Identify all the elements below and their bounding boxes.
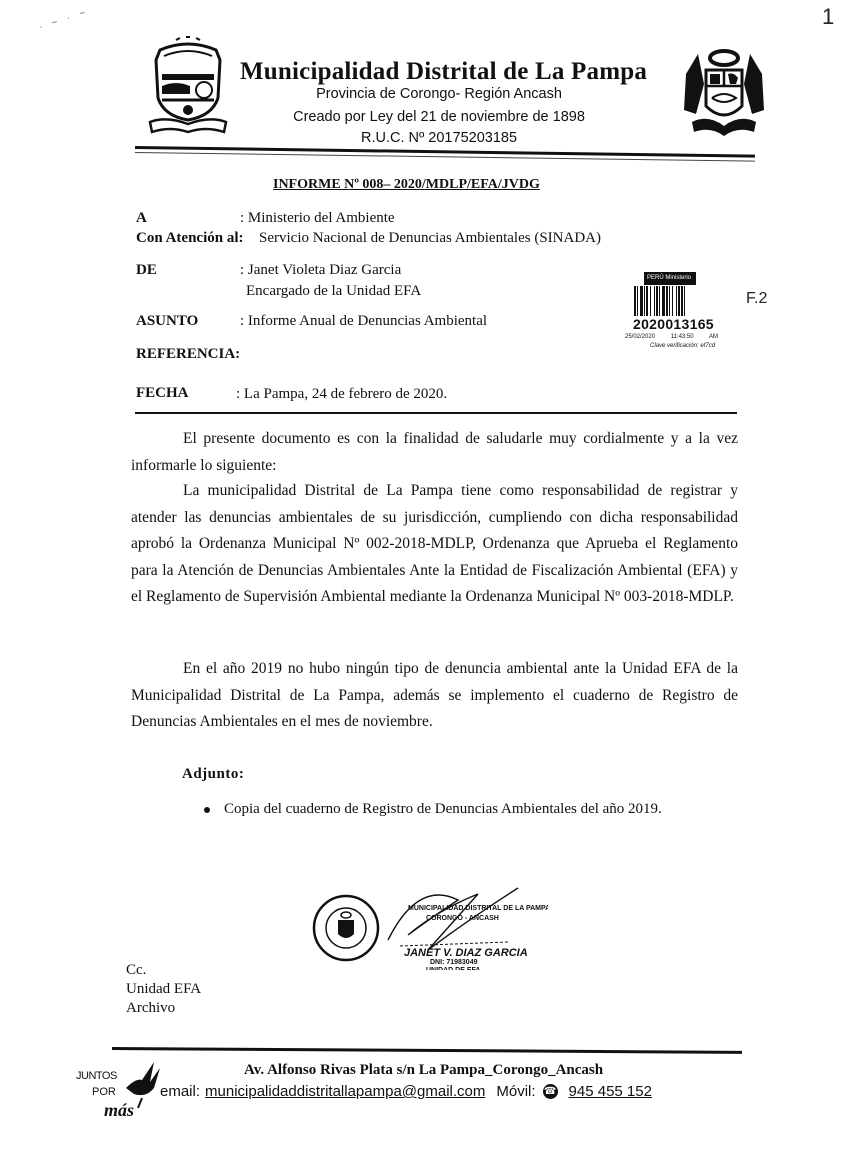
slogan-line: POR bbox=[92, 1086, 116, 1098]
copies-label: Cc. bbox=[126, 961, 201, 980]
peru-coat-of-arms-icon bbox=[678, 44, 770, 140]
field-fecha-value: : La Pampa, 24 de febrero de 2020. bbox=[236, 386, 447, 403]
province-line: Provincia de Corongo- Región Ancash bbox=[259, 86, 619, 102]
reception-barcode-sticker: PERÚ Ministerio del Ambiente 2020013165 … bbox=[622, 272, 732, 362]
copy-recipient: Archivo bbox=[126, 999, 201, 1018]
ruc-line: R.U.C. Nº 20175203185 bbox=[259, 130, 619, 146]
signature-stamp: MUNICIPALIDAD DISTRITAL DE LA PAMPA CORO… bbox=[308, 880, 548, 970]
svg-text:MUNICIPALIDAD DISTRITAL DE LA: MUNICIPALIDAD DISTRITAL DE LA PAMPA bbox=[408, 905, 548, 912]
tracking-number: 2020013165 bbox=[633, 316, 714, 332]
mobile-label: Móvil: bbox=[496, 1083, 535, 1100]
header-fields-divider bbox=[135, 412, 737, 414]
paragraph-text: En el año 2019 no hubo ningún tipo de de… bbox=[131, 660, 738, 730]
report-title: INFORME Nº 008– 2020/MDLP/EFA/JVDG bbox=[273, 177, 540, 193]
corner-scribble: · ~ · ~ bbox=[38, 6, 91, 32]
institution-name: Municipalidad Distrital de La Pampa bbox=[240, 58, 647, 86]
svg-text:CORONGO - ANCASH: CORONGO - ANCASH bbox=[426, 915, 499, 922]
footer-divider bbox=[112, 1047, 742, 1054]
body-paragraph-2019-summary: En el año 2019 no hubo ningún tipo de de… bbox=[131, 656, 738, 736]
field-a-label: A bbox=[136, 210, 147, 227]
svg-text:JANET V. DIAZ GARCIA: JANET V. DIAZ GARCIA bbox=[404, 947, 528, 959]
page-number: 1 bbox=[822, 4, 834, 30]
body-paragraph-responsibility: La municipalidad Distrital de La Pampa t… bbox=[131, 478, 738, 611]
svg-text:DNI: 71983049: DNI: 71983049 bbox=[430, 959, 478, 966]
email-label: email: bbox=[160, 1083, 200, 1100]
field-atencion-label: Con Atención al: bbox=[136, 230, 244, 247]
folio-mark: F.2 bbox=[746, 290, 767, 308]
attachment-item-text: Copia del cuaderno de Registro de Denunc… bbox=[224, 801, 662, 818]
field-fecha-label: FECHA bbox=[136, 385, 189, 402]
body-paragraph-intro: El presente documento es con la finalida… bbox=[131, 426, 738, 479]
sticker-banner: PERÚ Ministerio del Ambiente bbox=[644, 272, 696, 285]
field-asunto-label: ASUNTO bbox=[136, 313, 198, 330]
attachment-label: Adjunto: bbox=[182, 766, 244, 783]
field-de-value-role: Encargado de la Unidad EFA bbox=[246, 283, 421, 300]
hummingbird-icon bbox=[116, 1058, 166, 1108]
paragraph-text: El presente documento es con la finalida… bbox=[131, 430, 738, 474]
bullet-icon bbox=[204, 807, 210, 813]
field-a-value: : Ministerio del Ambiente bbox=[240, 210, 395, 227]
attachment-list-item: Copia del cuaderno de Registro de Denunc… bbox=[204, 801, 662, 818]
slogan-line: JUNTOS bbox=[76, 1070, 117, 1082]
juntos-por-mas-logo: JUNTOS POR más bbox=[76, 1058, 172, 1130]
field-referencia-label: REFERENCIA: bbox=[136, 346, 240, 363]
email-link[interactable]: municipalidaddistritallapampa@gmail.com bbox=[205, 1083, 485, 1100]
footer-contact: email: municipalidaddistritallapampa@gma… bbox=[160, 1083, 652, 1100]
field-de-value-name: : Janet Violeta Diaz Garcia bbox=[240, 262, 401, 279]
round-seal-icon bbox=[314, 896, 378, 960]
paragraph-text: La municipalidad Distrital de La Pampa t… bbox=[131, 482, 738, 605]
verification-key: Clave verificación: ef7cd bbox=[650, 343, 715, 349]
phone-icon: ☎ bbox=[543, 1084, 558, 1099]
barcode-icon bbox=[634, 286, 720, 316]
creation-line: Creado por Ley del 21 de noviembre de 18… bbox=[259, 109, 619, 125]
district-coat-of-arms-icon bbox=[146, 36, 230, 136]
footer-address: Av. Alfonso Rivas Plata s/n La Pampa_Cor… bbox=[244, 1062, 603, 1079]
field-asunto-value: : Informe Anual de Denuncias Ambiental bbox=[240, 313, 487, 330]
copy-recipient: Unidad EFA bbox=[126, 980, 201, 999]
svg-text:UNIDAD DE EFA: UNIDAD DE EFA bbox=[426, 967, 480, 970]
field-atencion-value: Servicio Nacional de Denuncias Ambiental… bbox=[259, 230, 601, 247]
reception-datetime: 25/02/2020 11:43:50 AM bbox=[625, 334, 718, 340]
copies-block: Cc. Unidad EFA Archivo bbox=[126, 961, 201, 1018]
mobile-number[interactable]: 945 455 152 bbox=[569, 1083, 652, 1100]
field-de-label: DE bbox=[136, 262, 157, 279]
